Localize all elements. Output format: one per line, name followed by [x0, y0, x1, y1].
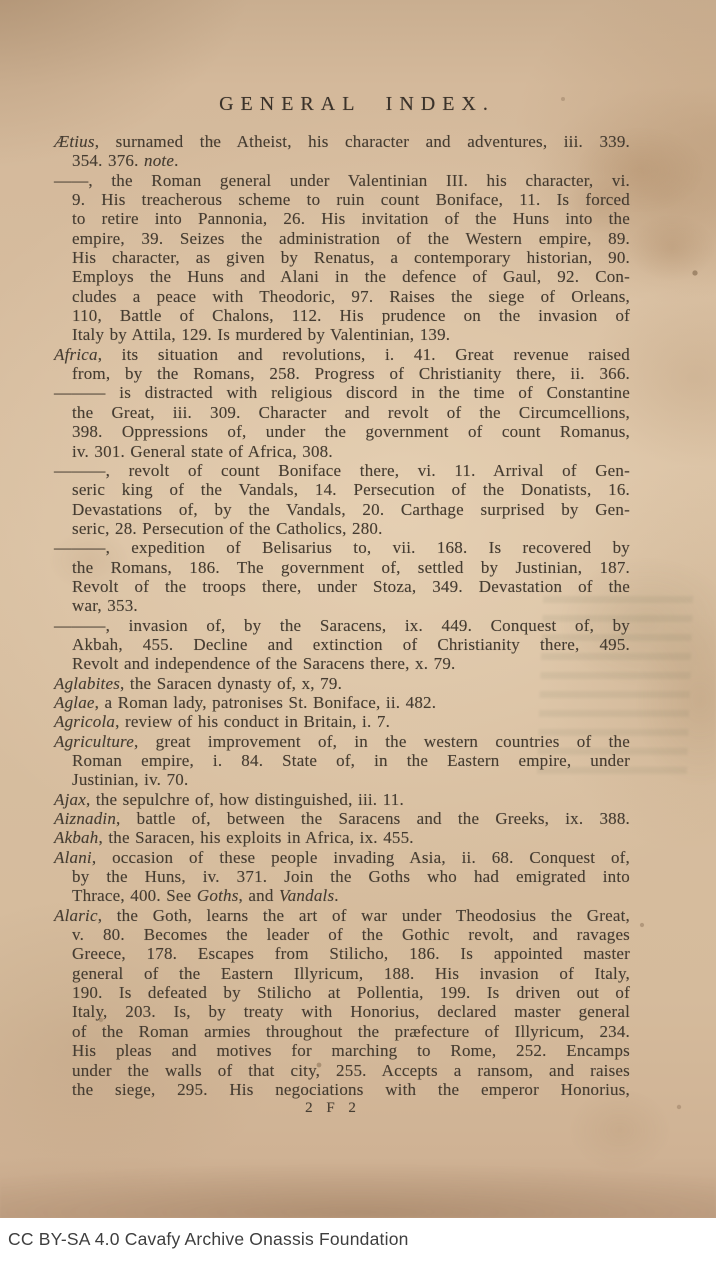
index-text: , occasion of these people invading Asia…: [92, 848, 630, 867]
index-line: His character, as given by Renatus, a co…: [54, 248, 630, 267]
index-term: Ajax: [54, 790, 86, 809]
index-line: His pleas and motives for marching to Ro…: [54, 1041, 630, 1060]
index-text: 354. 376.: [72, 151, 144, 170]
index-text: Employs the Huns and Alani in the defenc…: [72, 267, 630, 286]
index-text: ——— is distracted with religious discord…: [54, 383, 630, 402]
index-line: Devastations of, by the Vandals, 20. Car…: [54, 500, 630, 519]
index-text: , the Saracen, his exploits in Africa, i…: [98, 828, 413, 847]
index-line: Revolt of the troops there, under Stoza,…: [54, 577, 630, 596]
index-term: Alaric: [54, 906, 98, 925]
index-line: to retire into Pannonia, 26. His invitat…: [54, 209, 630, 228]
index-term: Vandals: [279, 886, 334, 905]
index-text: ———, invasion of, by the Saracens, ix. 4…: [54, 616, 630, 635]
index-line: 354. 376. note.: [54, 151, 630, 170]
index-term: note: [144, 151, 174, 170]
index-text: .: [334, 886, 338, 905]
index-text: His character, as given by Renatus, a co…: [72, 248, 630, 267]
index-text: from, by the Romans, 258. Progress of Ch…: [72, 364, 630, 383]
index-text: v. 80. Becomes the leader of the Gothic …: [72, 925, 630, 944]
index-line: 190. Is defeated by Stilicho at Pollenti…: [54, 983, 630, 1002]
index-text: Thrace, 400. See: [72, 886, 197, 905]
index-line: general of the Eastern Illyricum, 188. H…: [54, 964, 630, 983]
index-text: , and: [239, 886, 280, 905]
index-term: Africa: [54, 345, 98, 364]
index-line: v. 80. Becomes the leader of the Gothic …: [54, 925, 630, 944]
index-term: Aglabites: [54, 674, 120, 693]
index-text: Revolt and independence of the Saracens …: [72, 654, 456, 673]
index-line: Italy, 203. Is, by treaty with Honorius,…: [54, 1002, 630, 1021]
index-text: , a Roman lady, patronises St. Boniface,…: [95, 693, 437, 712]
index-text: ———, revolt of count Boniface there, vi.…: [54, 461, 630, 480]
index-line: by the Huns, iv. 371. Join the Goths who…: [54, 867, 630, 886]
index-text: by the Huns, iv. 371. Join the Goths who…: [72, 867, 630, 886]
index-text: , its situation and revolutions, i. 41. …: [98, 345, 630, 364]
index-line: the Romans, 186. The government of, sett…: [54, 558, 630, 577]
index-text: , the sepulchre of, how distinguished, i…: [86, 790, 404, 809]
index-line: war, 353.: [54, 596, 630, 615]
index-line: Alani, occasion of these people invading…: [54, 848, 630, 867]
index-text: ———, expedition of Belisarius to, vii. 1…: [54, 538, 630, 557]
index-line: Justinian, iv. 70.: [54, 770, 630, 789]
index-line: the siege, 295. His negociations with th…: [54, 1080, 630, 1099]
index-text: Italy by Attila, 129. Is murdered by Val…: [72, 325, 450, 344]
index-text: Justinian, iv. 70.: [72, 770, 188, 789]
index-text: of the Roman armies throughout the præfe…: [72, 1022, 630, 1041]
index-text: iv. 301. General state of Africa, 308.: [72, 442, 333, 461]
index-text: 110, Battle of Chalons, 112. His prudenc…: [72, 306, 630, 325]
index-text: the Great, iii. 309. Character and revol…: [72, 403, 630, 422]
attribution-text: CC BY-SA 4.0 Cavafy Archive Onassis Foun…: [8, 1229, 409, 1250]
index-line: Thrace, 400. See Goths, and Vandals.: [54, 886, 630, 905]
index-text: the siege, 295. His negociations with th…: [72, 1080, 630, 1099]
index-line: Alaric, the Goth, learns the art of war …: [54, 906, 630, 925]
index-line: Roman empire, i. 84. State of, in the Ea…: [54, 751, 630, 770]
index-line: Aiznadin, battle of, between the Saracen…: [54, 809, 630, 828]
index-text: war, 353.: [72, 596, 138, 615]
index-text: seric king of the Vandals, 14. Persecuti…: [72, 480, 630, 499]
index-line: Italy by Attila, 129. Is murdered by Val…: [54, 325, 630, 344]
index-text: under the walls of that city, 255. Accep…: [72, 1061, 630, 1080]
index-text: 398. Oppressions of, under the governmen…: [72, 422, 630, 441]
index-line: empire, 39. Seizes the administration of…: [54, 229, 630, 248]
index-text: Akbah, 455. Decline and extinction of Ch…: [72, 635, 630, 654]
index-text: seric, 28. Persecution of the Catholics,…: [72, 519, 383, 538]
index-text: Roman empire, i. 84. State of, in the Ea…: [72, 751, 630, 770]
index-text: , surnamed the Atheist, his character an…: [95, 132, 630, 151]
index-line: of the Roman armies throughout the præfe…: [54, 1022, 630, 1041]
index-text: , great improvement of, in the western c…: [134, 732, 630, 751]
index-line: ———, invasion of, by the Saracens, ix. 4…: [54, 616, 630, 635]
index-line: Greece, 178. Escapes from Stilicho, 186.…: [54, 944, 630, 963]
page-content: GENERAL INDEX. Ætius, surnamed the Athei…: [54, 0, 630, 1117]
index-line: Africa, its situation and revolutions, i…: [54, 345, 630, 364]
index-line: the Great, iii. 309. Character and revol…: [54, 403, 630, 422]
index-text: 9. His treacherous scheme to ruin count …: [72, 190, 630, 209]
index-line: 398. Oppressions of, under the governmen…: [54, 422, 630, 441]
index-line: Agricola, review of his conduct in Brita…: [54, 712, 630, 731]
index-term: Agriculture: [54, 732, 134, 751]
index-text: Devastations of, by the Vandals, 20. Car…: [72, 500, 630, 519]
index-text: ——, the Roman general under Valentinian …: [54, 171, 630, 190]
index-text: Italy, 203. Is, by treaty with Honorius,…: [72, 1002, 630, 1021]
index-line: ———, revolt of count Boniface there, vi.…: [54, 461, 630, 480]
index-term: Aglae: [54, 693, 95, 712]
index-line: iv. 301. General state of Africa, 308.: [54, 442, 630, 461]
index-term: Aiznadin: [54, 809, 116, 828]
index-text: 190. Is defeated by Stilicho at Pollenti…: [72, 983, 630, 1002]
index-text: general of the Eastern Illyricum, 188. H…: [72, 964, 630, 983]
index-line: Agriculture, great improvement of, in th…: [54, 732, 630, 751]
index-text: , the Saracen dynasty of, x, 79.: [120, 674, 342, 693]
index-term: Akbah: [54, 828, 98, 847]
index-line: Aglabites, the Saracen dynasty of, x, 79…: [54, 674, 630, 693]
index-text: to retire into Pannonia, 26. His invitat…: [72, 209, 630, 228]
index-text: the Romans, 186. The government of, sett…: [72, 558, 630, 577]
index-term: Goths: [197, 886, 239, 905]
index-term: Ætius: [54, 132, 95, 151]
index-text: cludes a peace with Theodoric, 97. Raise…: [72, 287, 630, 306]
index-line: Aglae, a Roman lady, patronises St. Boni…: [54, 693, 630, 712]
index-line: 110, Battle of Chalons, 112. His prudenc…: [54, 306, 630, 325]
index-line: ——, the Roman general under Valentinian …: [54, 171, 630, 190]
index-line: ———, expedition of Belisarius to, vii. 1…: [54, 538, 630, 557]
index-text: , review of his conduct in Britain, i. 7…: [115, 712, 390, 731]
index-text: empire, 39. Seizes the administration of…: [72, 229, 630, 248]
paper-specks: [0, 0, 2, 2]
index-line: Revolt and independence of the Saracens …: [54, 654, 630, 673]
index-line: Akbah, the Saracen, his exploits in Afri…: [54, 828, 630, 847]
index-line: ——— is distracted with religious discord…: [54, 383, 630, 402]
index-line: cludes a peace with Theodoric, 97. Raise…: [54, 287, 630, 306]
index-text: His pleas and motives for marching to Ro…: [72, 1041, 630, 1060]
page-title: GENERAL INDEX.: [54, 0, 630, 115]
scanned-page: GENERAL INDEX. Ætius, surnamed the Athei…: [0, 0, 716, 1218]
index-line: Akbah, 455. Decline and extinction of Ch…: [54, 635, 630, 654]
index-text: Revolt of the troops there, under Stoza,…: [72, 577, 630, 596]
index-body: Ætius, surnamed the Atheist, his charact…: [54, 132, 630, 1099]
index-line: seric king of the Vandals, 14. Persecuti…: [54, 480, 630, 499]
index-line: 9. His treacherous scheme to ruin count …: [54, 190, 630, 209]
signature-mark: 2 F 2: [54, 1100, 630, 1117]
index-text: .: [174, 151, 178, 170]
index-line: Ætius, surnamed the Atheist, his charact…: [54, 132, 630, 151]
index-text: Greece, 178. Escapes from Stilicho, 186.…: [72, 944, 630, 963]
index-line: from, by the Romans, 258. Progress of Ch…: [54, 364, 630, 383]
index-text: , battle of, between the Saracens and th…: [116, 809, 630, 828]
index-line: Employs the Huns and Alani in the defenc…: [54, 267, 630, 286]
index-term: Alani: [54, 848, 92, 867]
index-text: , the Goth, learns the art of war under …: [98, 906, 630, 925]
index-line: under the walls of that city, 255. Accep…: [54, 1061, 630, 1080]
index-line: Ajax, the sepulchre of, how distinguishe…: [54, 790, 630, 809]
index-line: seric, 28. Persecution of the Catholics,…: [54, 519, 630, 538]
index-term: Agricola: [54, 712, 115, 731]
attribution-bar: CC BY-SA 4.0 Cavafy Archive Onassis Foun…: [0, 1218, 716, 1261]
